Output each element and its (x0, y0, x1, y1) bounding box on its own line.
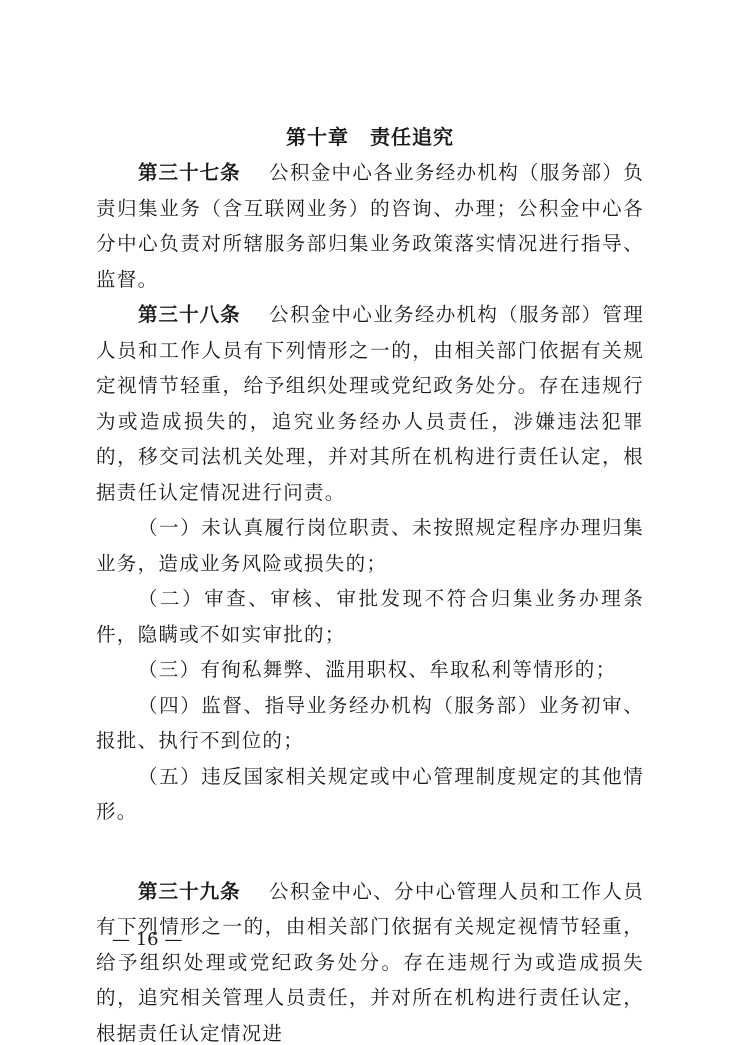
article-38: 第三十八条 公积金中心业务经办机构（服务部）管理人员和工作人员有下列情形之一的，… (96, 297, 644, 510)
chapter-title: 第十章 责任追究 (96, 120, 644, 155)
article-38-item-4: （四）监督、指导业务经办机构（服务部）业务初审、报批、执行不到位的； (96, 688, 644, 759)
article-label: 第三十八条 (138, 303, 241, 326)
article-38-item-2: （二）审查、审核、审批发现不符合归集业务办理条件，隐瞒或不如实审批的； (96, 581, 644, 652)
paragraph-gap (96, 830, 644, 874)
article-38-item-1: （一）未认真履行岗位职责、未按照规定程序办理归集业务，造成业务风险或损失的； (96, 510, 644, 581)
article-37: 第三十七条 公积金中心各业务经办机构（服务部）负责归集业务（含互联网业务）的咨询… (96, 155, 644, 297)
document-page: 第十章 责任追究 第三十七条 公积金中心各业务经办机构（服务部）负责归集业务（含… (0, 0, 739, 1045)
article-38-item-5: （五）违反国家相关规定或中心管理制度规定的其他情形。 (96, 759, 644, 830)
article-text: 公积金中心业务经办机构（服务部）管理人员和工作人员有下列情形之一的，由相关部门依… (96, 303, 644, 504)
article-text: 公积金中心、分中心管理人员和工作人员有下列情形之一的，由相关部门依据有关规定视情… (96, 880, 644, 1045)
article-label: 第三十七条 (138, 161, 241, 184)
article-39: 第三十九条 公积金中心、分中心管理人员和工作人员有下列情形之一的，由相关部门依据… (96, 874, 644, 1045)
article-38-item-3: （三）有徇私舞弊、滥用职权、牟取私利等情形的； (96, 652, 644, 688)
article-label: 第三十九条 (138, 880, 241, 903)
page-number: — 16 — (112, 928, 182, 952)
page-content: 第十章 责任追究 第三十七条 公积金中心各业务经办机构（服务部）负责归集业务（含… (96, 120, 644, 1045)
